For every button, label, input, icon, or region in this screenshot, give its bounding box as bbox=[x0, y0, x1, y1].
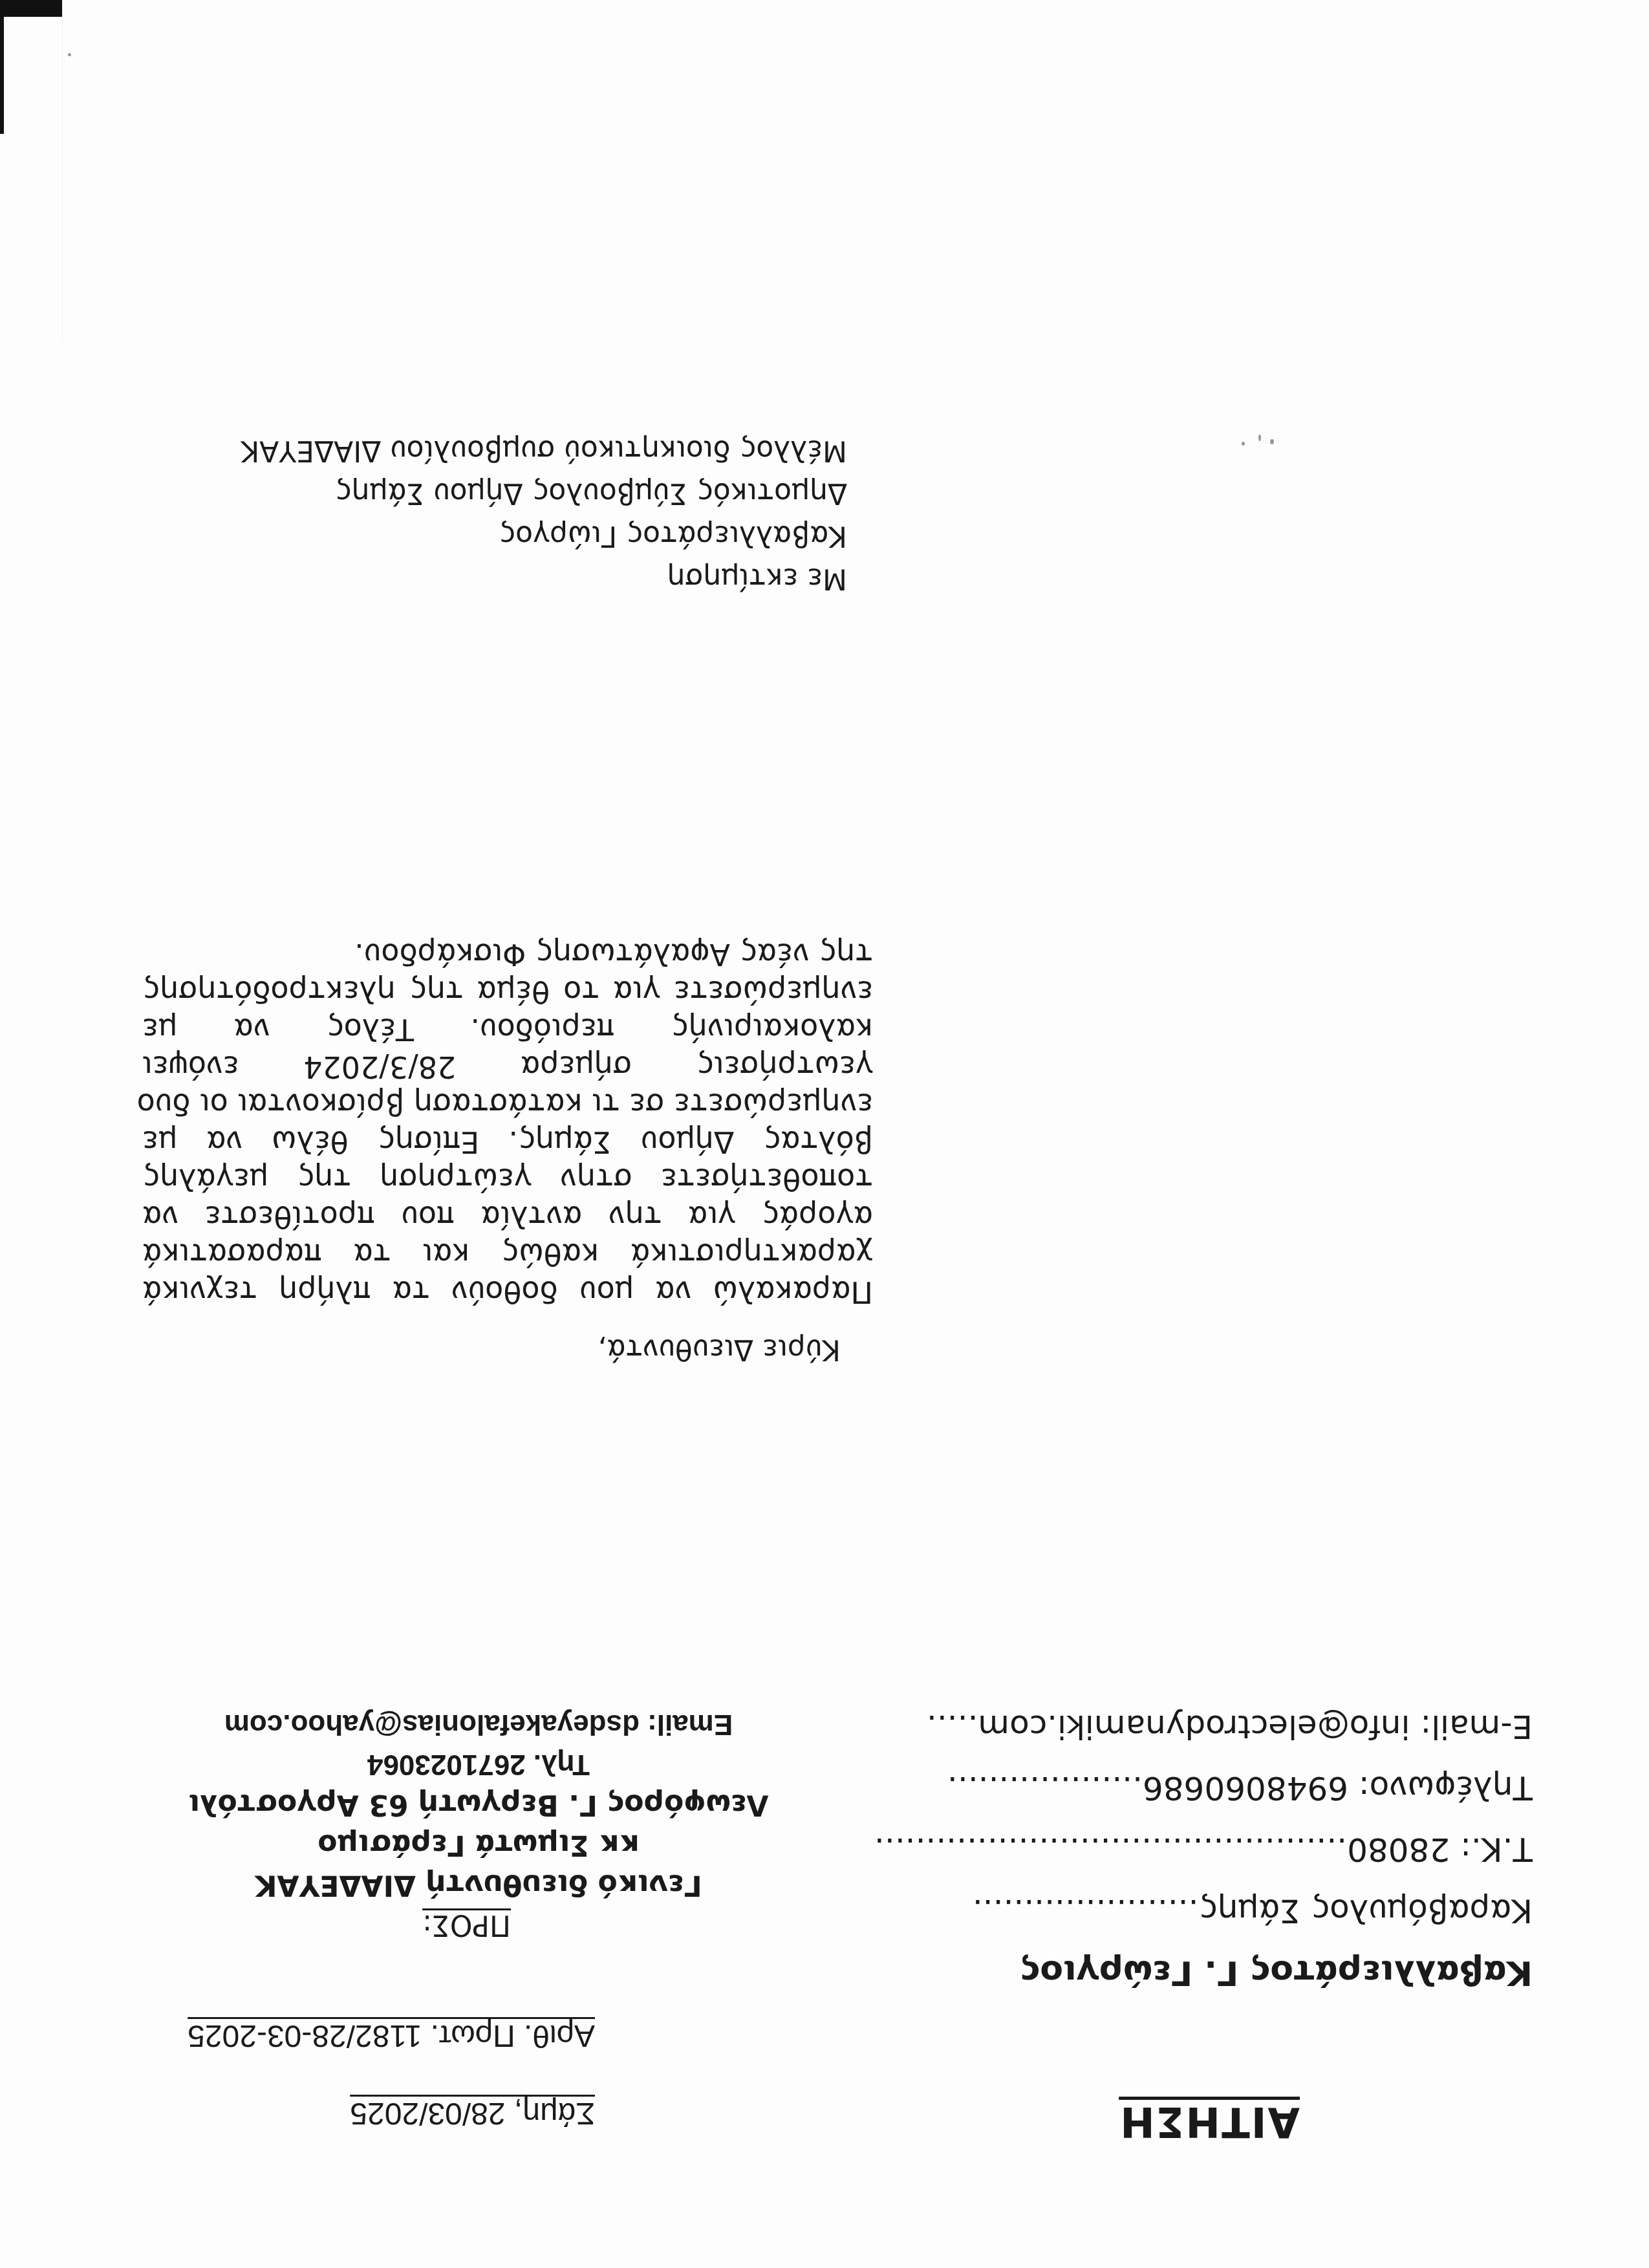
fill-dots: ........................................… bbox=[874, 1831, 1347, 1868]
closing-regards: Με εκτίμηση bbox=[241, 557, 847, 599]
recipient-label: ΠΡΟΣ: bbox=[162, 1905, 795, 1945]
scan-corner-artifact bbox=[0, 0, 62, 17]
sender-address: Καραβόμυλος Σάμης...................... bbox=[874, 1880, 1533, 1941]
sender-block: Καβαλλιεράτος Γ. Γεώργιος Καραβόμυλος Σά… bbox=[874, 1696, 1533, 2003]
sender-name: Καβαλλιεράτος Γ. Γεώργιος bbox=[874, 1941, 1533, 2003]
sender-email: E-mail: info@electrodynamiki.com..... bbox=[874, 1696, 1533, 1757]
signatory-board-role: Μέλλος διοικητικού συμβουλίου ΔΙΑΔΕΥΑΚ bbox=[241, 429, 847, 471]
scan-speck bbox=[1270, 439, 1274, 444]
scan-speck bbox=[1258, 435, 1261, 441]
scan-margin bbox=[0, 0, 63, 341]
sender-phone: Τηλέφωνο: 6948060686................... bbox=[874, 1757, 1533, 1819]
sender-address-text: Καραβόμυλος Σάμης bbox=[1198, 1892, 1533, 1930]
recipient-title: Γενικό διευθυντή ΔΙΑΔΕΥΑΚ bbox=[162, 1864, 795, 1905]
fill-dots: ................... bbox=[947, 1769, 1143, 1807]
date-protocol-block: Σάμη, 28/03/2025 Αριθ. Πρωτ. 1182/28-03-… bbox=[188, 1996, 595, 2152]
recipient-email: Email: dsdeyakefalonias@yahoo.com bbox=[162, 1704, 795, 1744]
sender-postal-code: Τ.Κ.: 28080.............................… bbox=[874, 1819, 1533, 1880]
recipient-name: κκ Σιμωτά Γεράσιμο bbox=[162, 1824, 795, 1864]
recipient-block: ΠΡΟΣ: Γενικό διευθυντή ΔΙΑΔΕΥΑΚ κκ Σιμωτ… bbox=[162, 1704, 795, 1945]
fill-dots: ..... bbox=[927, 1708, 978, 1745]
fill-dots: ...................... bbox=[973, 1892, 1199, 1930]
body-line: της νέας Αφαλάτωσης Φισκάρδου. bbox=[142, 936, 873, 973]
recipient-phone: Τηλ. 2671023064 bbox=[162, 1744, 795, 1784]
body-line: ενημερώσετε για το θέμα της ηλεκτροδότησ… bbox=[142, 973, 873, 1011]
document-title: ΑΙΤΗΣΗ bbox=[1119, 2097, 1300, 2145]
salutation: Κύριε Διευθυντά, bbox=[598, 1333, 841, 1366]
body-line: βόλτας Δήμου Σάμης. Επίσης θέλω να με bbox=[142, 1123, 873, 1161]
body-line: αγοράς για την αντλία που προτίθεστε να bbox=[142, 1198, 873, 1236]
scan-edge-artifact bbox=[0, 0, 4, 134]
scan-speck bbox=[1242, 442, 1245, 446]
closing-block: Με εκτίμηση Καβαλλιεράτος Γιώργος Δημοτι… bbox=[241, 429, 847, 599]
sender-email-text: E-mail: info@electrodynamiki.com bbox=[978, 1708, 1533, 1745]
protocol-number: Αριθ. Πρωτ. 1182/28-03-2025 bbox=[188, 2018, 595, 2053]
sender-postal-code-text: Τ.Κ.: 28080 bbox=[1347, 1831, 1533, 1868]
body-line: γεωτρήσεις σήμερα 28/3/2024 ενόψει bbox=[142, 1048, 873, 1086]
scanned-letter-page: ΑΙΤΗΣΗ Καβαλλιεράτος Γ. Γεώργιος Καραβόμ… bbox=[0, 0, 1649, 2268]
body-line: καλοκαιρινής περιόδου. Τέλος να με bbox=[142, 1011, 873, 1048]
recipient-address: Λεωφόρος Γ. Βεργωτή 63 Αργοστόλι bbox=[162, 1784, 795, 1824]
signatory-role: Δημοτικός Σύμβουλος Δήμου Σάμης bbox=[241, 471, 847, 514]
sender-phone-text: Τηλέφωνο: 6948060686 bbox=[1143, 1769, 1533, 1807]
body-line: τοποθετήσετε στην γεώτρηση της μεγάλης bbox=[142, 1161, 873, 1198]
body-line: Παρακαλώ να μου δοθούν τα πλήρη τεχνικά bbox=[142, 1273, 873, 1311]
scan-speck bbox=[68, 53, 71, 56]
protocol-line: Αριθ. Πρωτ. 1182/28-03-2025 bbox=[188, 1996, 595, 2074]
date-line: Σάμη, 28/03/2025 bbox=[188, 2074, 595, 2152]
letter-body: Παρακαλώ να μου δοθούν τα πλήρη τεχνικά … bbox=[142, 936, 873, 1311]
body-line: ενημερώσετε σε τι κατάσταση βρίσκονται ο… bbox=[142, 1086, 873, 1123]
signatory-name: Καβαλλιεράτος Γιώργος bbox=[241, 514, 847, 557]
body-line: χαρακτηριστικά καθώς και τα παρασατικά bbox=[142, 1236, 873, 1273]
